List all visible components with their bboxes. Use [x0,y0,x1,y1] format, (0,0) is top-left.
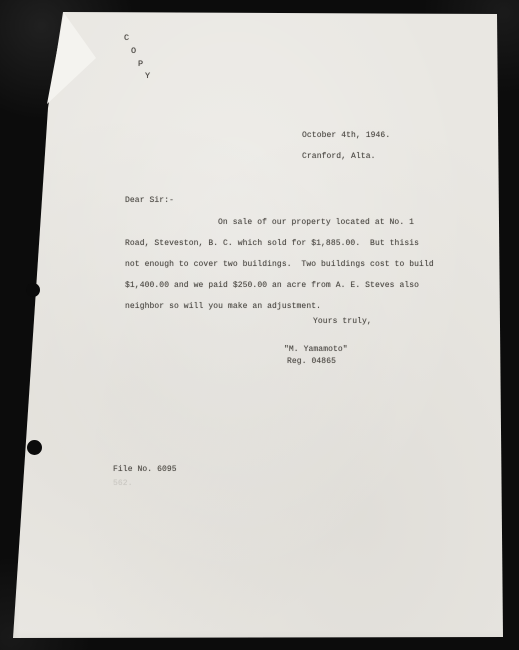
hole-punch-bottom [27,440,42,455]
letter-date: October 4th, 1946. [302,131,390,141]
letter-closing: Yours truly, [313,317,372,327]
copy-stamp-letter: C [124,33,129,43]
letter-body-line: Road, Steveston, B. C. which sold for $1… [125,239,419,249]
copy-stamp-letter: O [131,46,136,56]
copy-stamp-letter: Y [145,71,150,81]
file-number: File No. 6095 [113,465,177,475]
letter-body-line: neighbor so will you make an adjustment. [125,302,321,312]
letter-paper [0,0,519,650]
letter-salutation: Dear Sir:- [125,196,174,206]
copy-stamp-letter: P [138,59,143,69]
faint-erased-note: 562. [113,479,133,489]
letter-reg-number: Reg. 04865 [287,357,336,367]
scanned-letter-photo: C O P Y October 4th, 1946. Cranford, Alt… [0,0,519,650]
letter-signature: "M. Yamamoto" [284,345,348,355]
letter-place: Cranford, Alta. [302,152,376,162]
letter-body-line: $1,400.00 and we paid $250.00 an acre fr… [125,281,419,291]
letter-body-line: On sale of our property located at No. 1 [218,218,414,228]
letter-body-line: not enough to cover two buildings. Two b… [125,260,434,270]
hole-punch-top [26,283,40,297]
